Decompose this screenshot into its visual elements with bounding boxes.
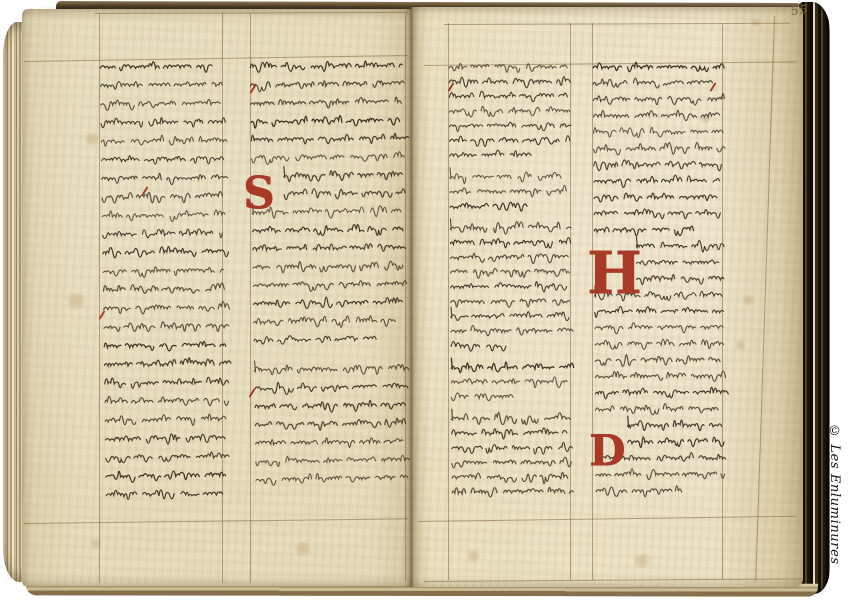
text-column-left-2 — [242, 46, 422, 519]
rubric-initial: H — [587, 244, 642, 302]
manuscript-photo: S H D 55 © Les Enluminures — [0, 0, 852, 600]
rubric-initial: S — [243, 172, 275, 216]
rubric-initial: D — [589, 430, 625, 472]
folio-number: 55 — [790, 2, 809, 18]
credit-text: © Les Enluminures — [827, 424, 842, 594]
text-column-right-1 — [441, 47, 583, 528]
text-column-left-1 — [92, 46, 241, 534]
